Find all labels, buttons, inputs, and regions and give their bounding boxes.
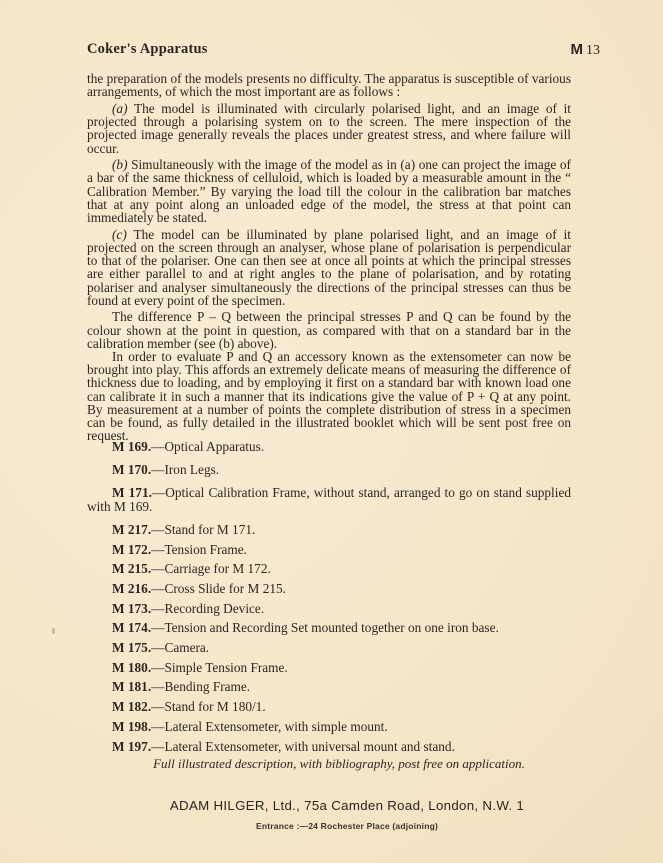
list-item: M 173.—Recording Device. xyxy=(87,602,571,615)
description-note: Full illustrated description, with bibli… xyxy=(87,756,571,772)
list-item: M 198.—Lateral Extensometer, with simple… xyxy=(87,720,571,733)
list-item: M 169.—Optical Apparatus. xyxy=(87,440,571,453)
list-item: M 174.—Tension and Recording Set mounted… xyxy=(87,621,571,634)
list-item: M 181.—Bending Frame. xyxy=(87,680,571,693)
page-number: M13 xyxy=(571,41,601,59)
list-item: M 182.—Stand for M 180/1. xyxy=(87,700,571,713)
entrance-address: Entrance :—24 Rochester Place (adjoining… xyxy=(77,821,617,831)
list-item: M 216.—Cross Slide for M 215. xyxy=(87,582,571,595)
list-item: M 170.—Iron Legs. xyxy=(87,463,571,476)
paragraph-difference: The difference P – Q between the princip… xyxy=(87,310,571,350)
company-address: ADAM HILGER, Ltd., 75a Camden Road, Lond… xyxy=(77,798,617,813)
paragraph-a: (a) The model is illuminated with circul… xyxy=(87,102,571,155)
paper-speck xyxy=(52,628,55,634)
paragraph-intro: the preparation of the models presents n… xyxy=(87,72,571,98)
list-item: M 217.—Stand for M 171. xyxy=(87,523,571,536)
paragraph-c: (c) The model can be illuminated by plan… xyxy=(87,228,571,307)
paragraph-b: (b) Simultaneously with the image of the… xyxy=(87,158,571,224)
product-list: M 169.—Optical Apparatus. M 170.—Iron Le… xyxy=(87,440,571,753)
page-header: Coker's Apparatus M13 xyxy=(87,41,600,61)
list-item: M 180.—Simple Tension Frame. xyxy=(87,661,571,674)
list-item: M 171.—Optical Calibration Frame, withou… xyxy=(87,486,571,512)
list-item: M 215.—Carriage for M 172. xyxy=(87,562,571,575)
list-item: M 172.—Tension Frame. xyxy=(87,543,571,556)
list-item: M 197.—Lateral Extensometer, with univer… xyxy=(87,740,571,753)
list-item: M 175.—Camera. xyxy=(87,641,571,654)
section-letter: M xyxy=(571,41,584,58)
section-title: Coker's Apparatus xyxy=(87,41,208,58)
page-number-value: 13 xyxy=(586,43,600,58)
paragraph-extensometer: In order to evaluate P and Q an accessor… xyxy=(87,350,571,442)
body-text: the preparation of the models presents n… xyxy=(87,72,571,446)
